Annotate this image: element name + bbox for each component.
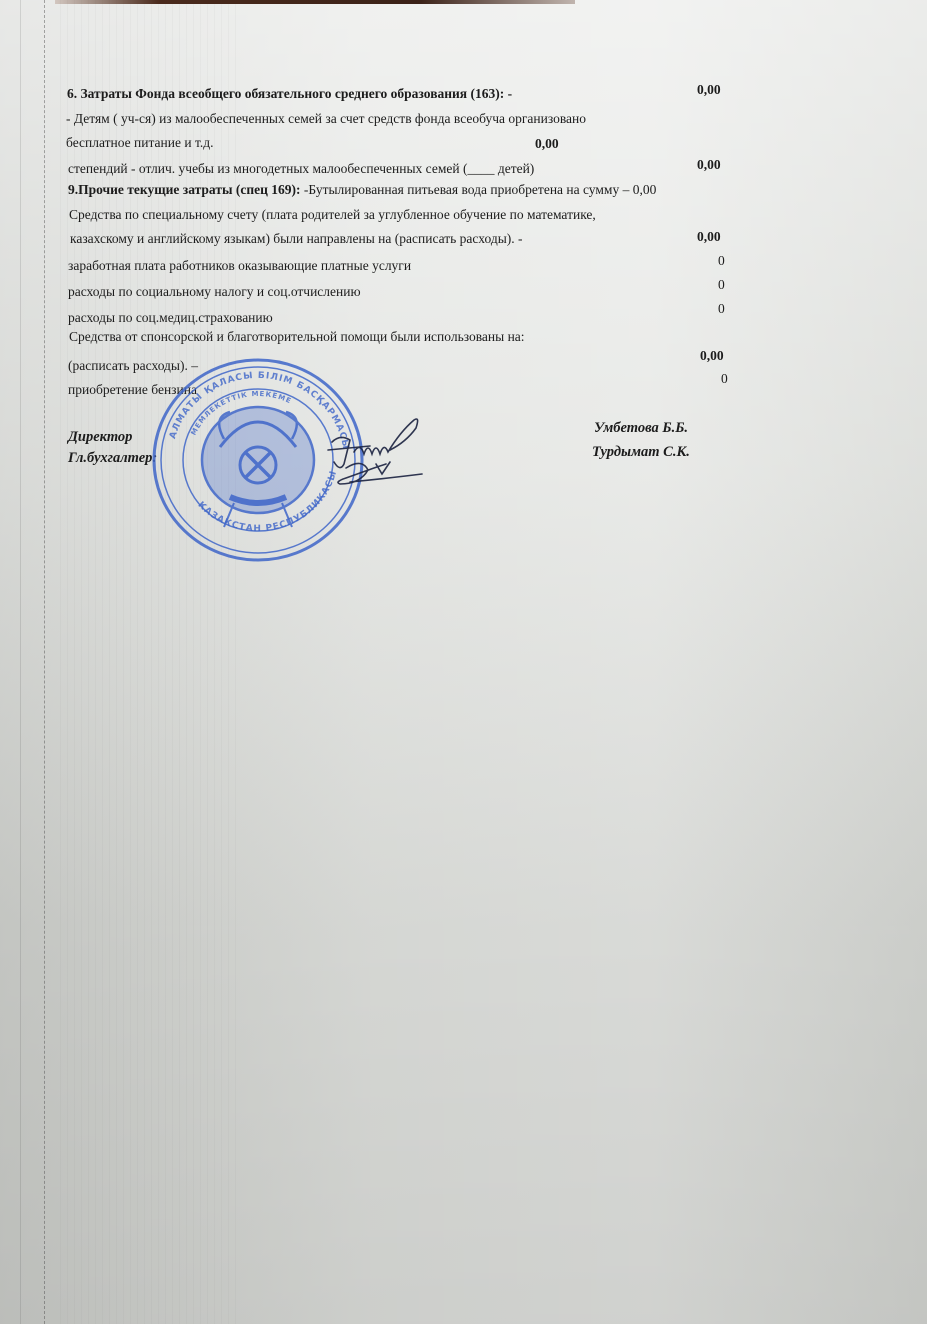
director-label: Директор [68, 428, 132, 446]
free-meals-line-2: бесплатное питание и т.д. [66, 135, 213, 151]
gasoline-value: 0 [721, 371, 728, 387]
special-account-value: 0,00 [697, 229, 721, 245]
social-tax-value: 0 [718, 277, 725, 293]
director-name: Умбетова Б.Б. [594, 419, 688, 437]
accountant-label: Гл.бухгалтер: [68, 449, 157, 467]
free-meals-value: 0,00 [535, 136, 559, 152]
margin-fold-line [44, 0, 45, 1324]
section-9-line: 9.Прочие текущие затраты (спец 169): -Бу… [68, 182, 656, 198]
handwritten-signature [310, 412, 430, 502]
stipend-value: 0,00 [697, 157, 721, 173]
special-account-line-2: казахскому и английскому языкам) были на… [70, 231, 523, 247]
sponsorship-line-1: Средства от спонсорской и благотворитель… [69, 329, 525, 345]
salary-line: заработная плата работников оказывающие … [68, 258, 411, 274]
scan-streaks [60, 0, 240, 1324]
salary-value: 0 [718, 253, 725, 269]
page-edge-line [20, 0, 21, 1324]
social-tax-line: расходы по социальному налогу и соц.отчи… [68, 284, 361, 300]
section-9-title: 9.Прочие текущие затраты (спец 169): [68, 182, 304, 197]
special-account-line-1: Средства по специальному счету (плата ро… [69, 207, 596, 223]
accountant-name: Турдымат С.К. [592, 443, 690, 461]
stipend-line: степендий - отлич. учебы из многодетных … [68, 161, 534, 177]
free-meals-line-1: - Детям ( уч-ся) из малообеспеченных сем… [66, 111, 586, 127]
medical-insurance-value: 0 [718, 301, 725, 317]
section-6-title: 6. Затраты Фонда всеобщего обязательного… [67, 86, 512, 102]
section-9-water: -Бутылированная питьевая вода приобретен… [304, 182, 656, 197]
top-edge-shadow [55, 0, 575, 4]
sponsorship-value: 0,00 [700, 348, 724, 364]
medical-insurance-line: расходы по соц.медиц.страхованию [68, 310, 273, 326]
section-6-value: 0,00 [697, 82, 721, 98]
